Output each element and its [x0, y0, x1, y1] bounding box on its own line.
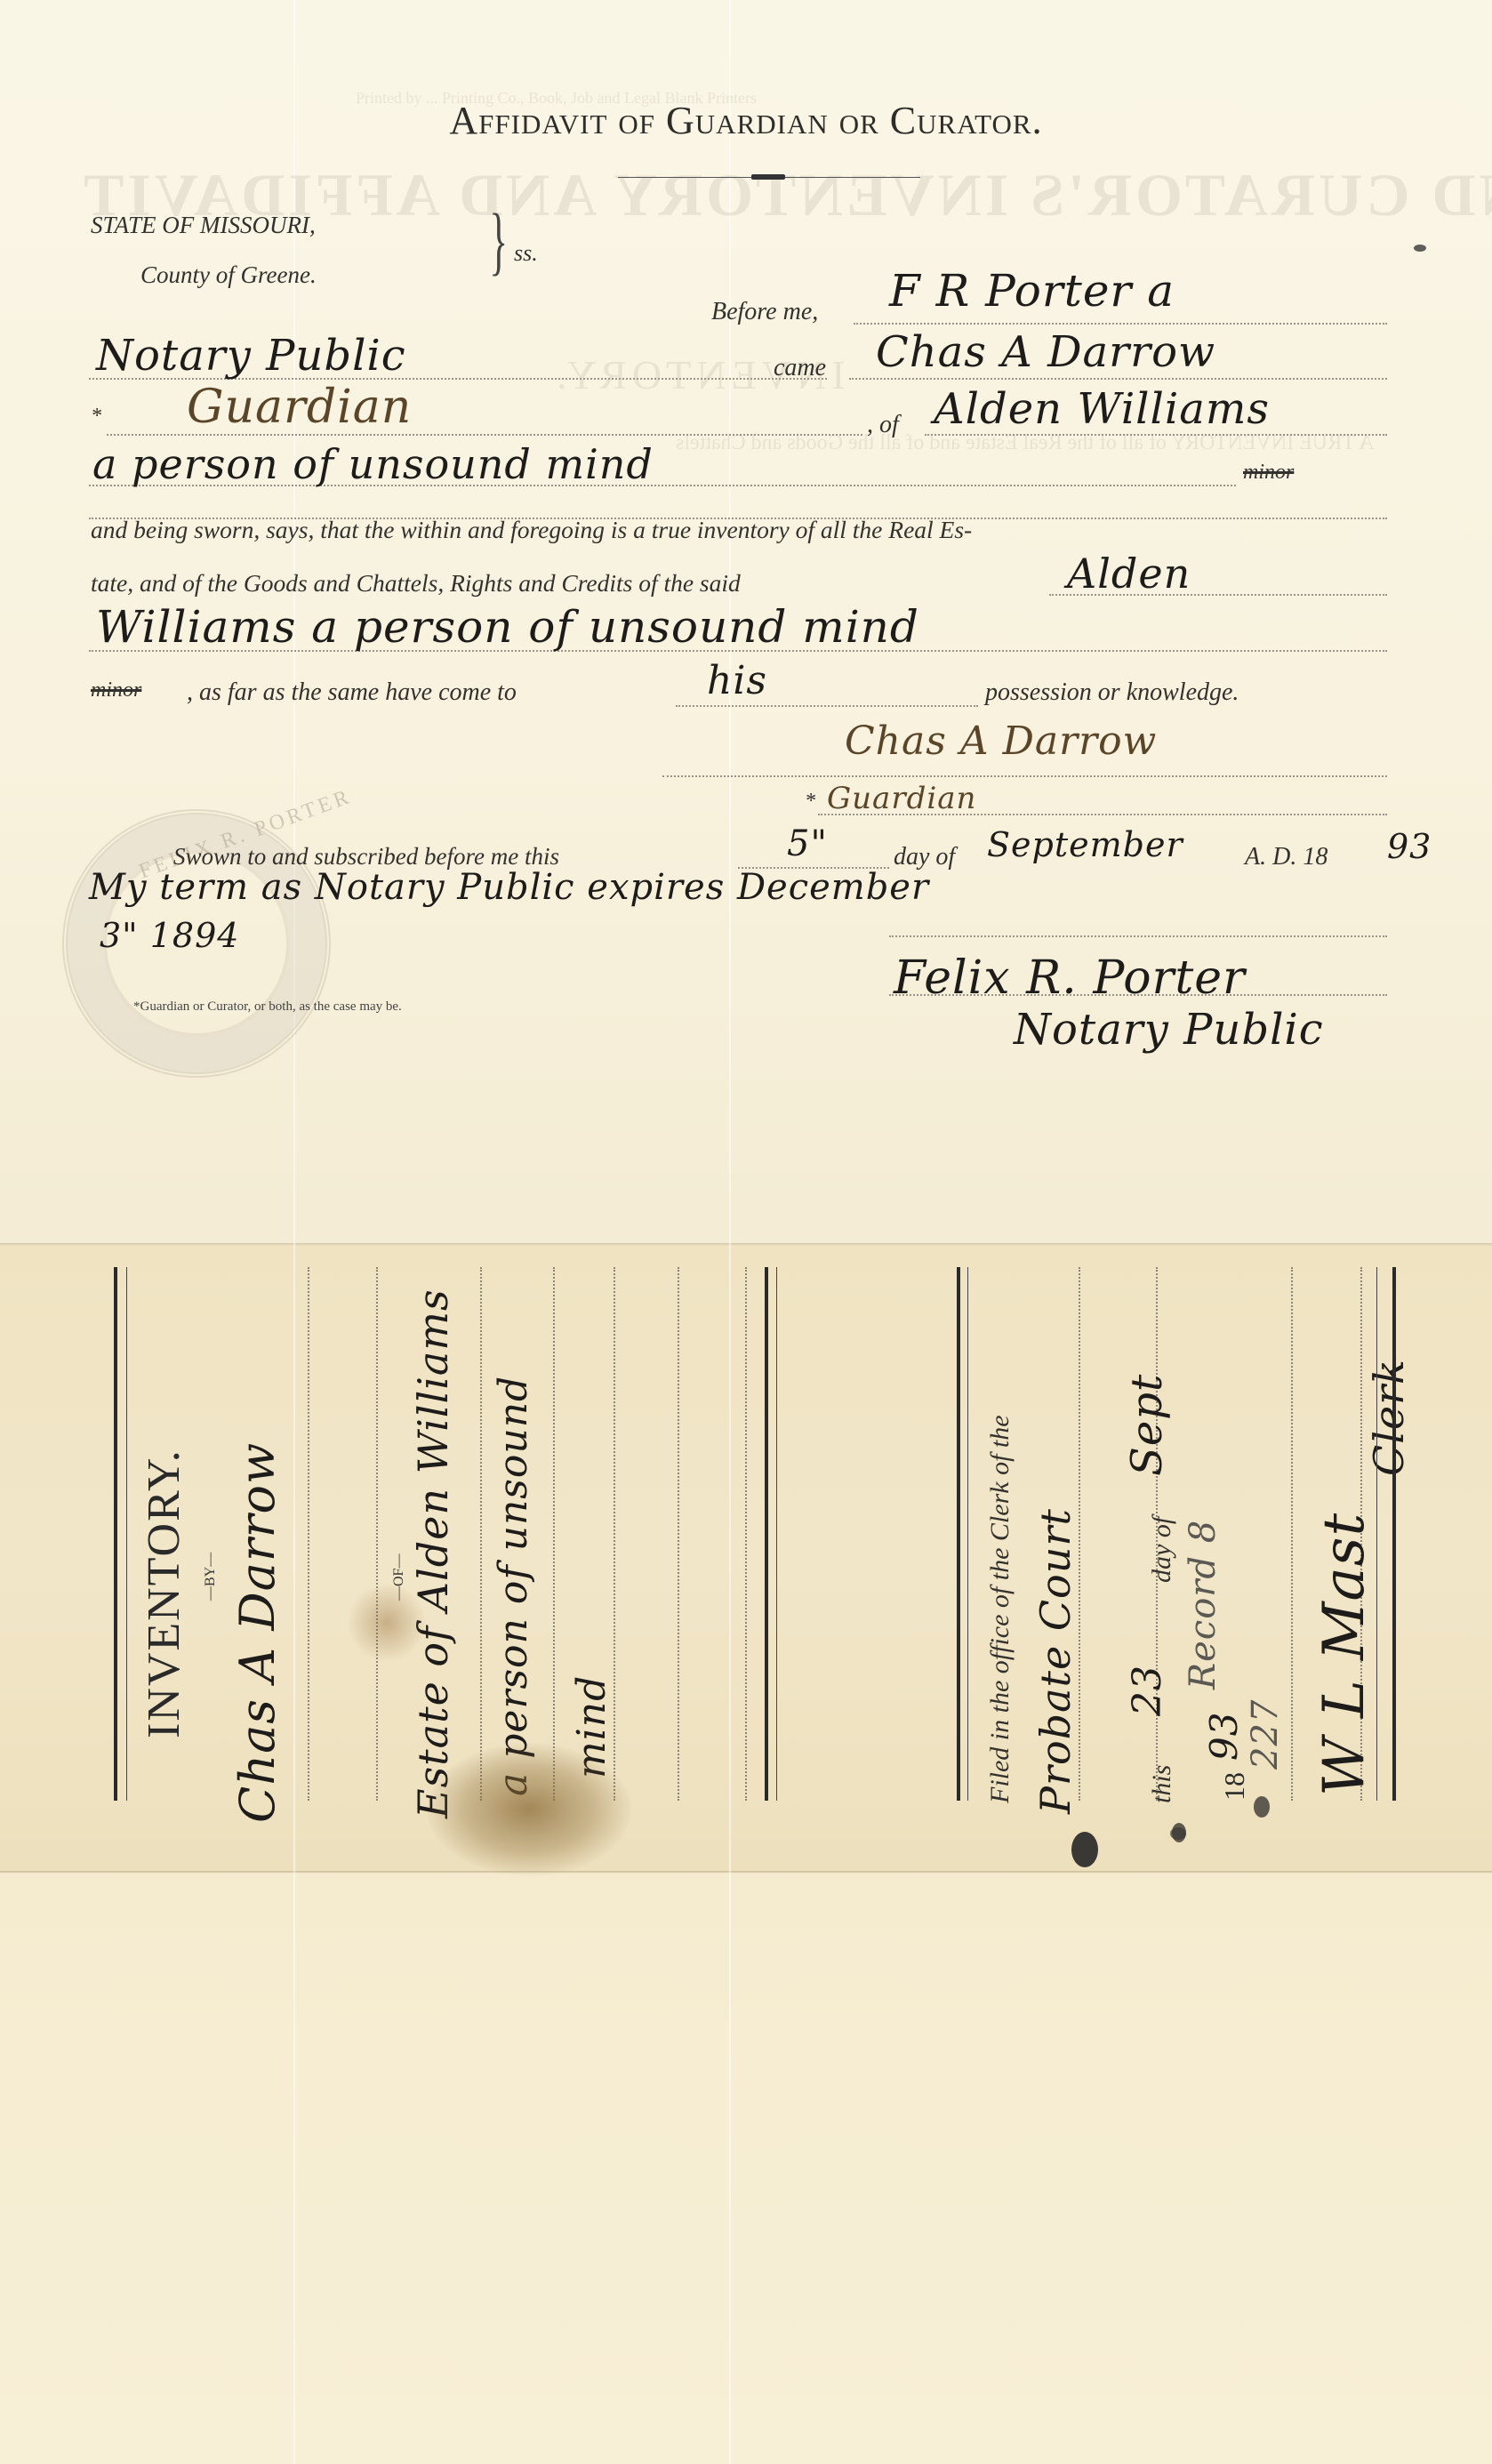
possession-field [676, 705, 978, 707]
endorsement-of-value-2: a person of unsound [491, 1376, 536, 1796]
stain [427, 1743, 631, 1876]
jurat-month: September [987, 825, 1183, 864]
border-rule-right-thin [1376, 1267, 1377, 1801]
stain [347, 1583, 427, 1663]
title-ornament [751, 174, 785, 180]
endorsement-by-label: —BY— [203, 1553, 219, 1601]
came-label: came [774, 354, 826, 382]
footnote: *Guardian or Curator, or both, as the ca… [133, 999, 402, 1015]
minor-struck-2: minor [91, 678, 141, 702]
capacity-field [107, 434, 862, 436]
venue-state: STATE OF MISSOURI, [91, 212, 316, 239]
possession-suffix: possession or knowledge. [985, 678, 1239, 707]
fold-line-lower [0, 1871, 1492, 1874]
possession-text: , as far as the same have come to [187, 678, 517, 707]
center-rule-thin [776, 1267, 777, 1801]
jurat-year-prefix: A. D. 18 [1245, 843, 1328, 871]
endorsement-by-value: Chas A Darrow [229, 1442, 285, 1823]
jurat-day: 5" [787, 823, 828, 864]
endorsement-of-value-1: Estate of Alden Williams [409, 1288, 457, 1818]
venue-brace: } [489, 196, 508, 285]
oath-line-2: tate, and of the Goods and Chattels, Rig… [91, 569, 741, 598]
center-rule [765, 1267, 768, 1801]
of-label: , of [867, 411, 899, 439]
ink-blot [1254, 1796, 1270, 1818]
filed-month: Sept [1122, 1374, 1172, 1476]
center-rule-2 [957, 1267, 960, 1801]
day-of-label: day of [1147, 1517, 1177, 1583]
record-note: Record 8 [1183, 1520, 1223, 1689]
before-me-field [854, 323, 1387, 325]
year-field-rule [1291, 1267, 1293, 1801]
notary-title: Notary Public [1014, 1005, 1324, 1055]
affiant-signature: Chas A Darrow [845, 718, 1157, 764]
oath-line-1: and being sworn, says, that the within a… [91, 516, 972, 544]
came-value: Chas A Darrow [876, 327, 1215, 377]
ward-value: Alden Williams [934, 384, 1270, 434]
border-rule-right [1392, 1267, 1396, 1801]
came-field [849, 378, 1387, 380]
blank-bottom-panel [0, 1873, 1492, 2464]
venue-ss: ss. [514, 240, 538, 267]
before-me-value: F R Porter a [889, 265, 1175, 317]
before-me-label: Before me, [711, 298, 818, 326]
minor-struck: minor [1243, 461, 1294, 485]
affiant-capacity: Guardian [827, 781, 976, 816]
filed-day: 23 [1125, 1665, 1170, 1716]
commission-note-2: 3" 1894 [100, 916, 239, 955]
notary-signature: Felix R. Porter [894, 951, 1246, 1005]
fold-line-upper [0, 1243, 1492, 1246]
notary-signature-line [889, 935, 1387, 937]
of-field-rule-3 [553, 1267, 555, 1801]
filed-text: Filed in the office of the Clerk of the [985, 1415, 1015, 1803]
officer-title-value: Notary Public [96, 331, 406, 381]
border-rule-left-thin [126, 1267, 127, 1801]
affiant-asterisk: * [805, 790, 815, 814]
year-prefix: 18 [1218, 1772, 1251, 1801]
clerk-signature: W L Mast [1312, 1513, 1377, 1796]
ink-blot [1071, 1832, 1098, 1867]
by-field-rule [308, 1267, 309, 1801]
clerk-title: Clerk [1365, 1359, 1413, 1476]
ward-status-value: a person of unsound mind [92, 440, 654, 488]
ink-blot [1414, 245, 1426, 252]
center-rule-2-thin [967, 1267, 968, 1801]
of-field-rule-4 [614, 1267, 615, 1801]
endorsement-heading: INVENTORY. [138, 1449, 190, 1738]
ink-blot [1170, 1827, 1186, 1840]
of-field-rule [376, 1267, 378, 1801]
blank-field-rule [678, 1267, 679, 1801]
said-value-1: Alden [1067, 550, 1191, 598]
record-page: 227 [1245, 1699, 1286, 1770]
blank-field-rule [745, 1267, 747, 1801]
court-value: Probate Court [1031, 1508, 1079, 1814]
affiant-signature-line [662, 775, 1387, 777]
year-value: 93 [1202, 1712, 1246, 1761]
border-rule-left [114, 1267, 117, 1801]
ward-field [925, 434, 1387, 436]
jurat-year-suffix: 93 [1387, 827, 1432, 866]
venue-county: County of Greene. [140, 261, 317, 289]
commission-note-1: My term as Notary Public expires Decembe… [89, 867, 929, 908]
this-label: this [1147, 1765, 1177, 1803]
capacity-value: Guardian [187, 381, 412, 434]
page-title: Affidavit of Guardian or Curator. [0, 98, 1492, 143]
capacity-asterisk: * [91, 405, 101, 429]
possession-value: his [707, 658, 767, 703]
of-field-rule-2 [480, 1267, 482, 1801]
said-value-2: Williams a person of unsound mind [96, 601, 919, 653]
